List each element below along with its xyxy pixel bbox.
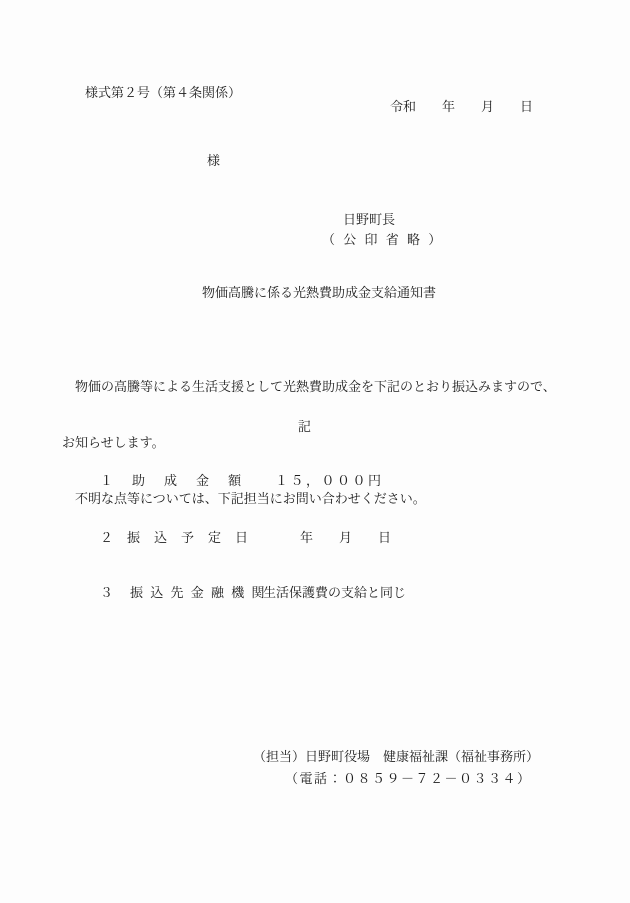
addressee-suffix: 様 [207, 152, 220, 170]
item-row-grant-amount: １ 助 成 金 額 １５，０００円 [0, 470, 630, 490]
form-number: 様式第２号（第４条関係） [85, 84, 241, 102]
item-value-transfer-bank: 生活保護費の支給と同じ [263, 582, 406, 601]
seal-omitted-note: （ 公 印 省 略 ） [322, 231, 444, 249]
notice-document-page: 様式第２号（第４条関係） 令和 年 月 日 様 日野町長 （ 公 印 省 略 ）… [0, 0, 630, 903]
item-label-grant-amount: １ 助 成 金 額 [100, 470, 244, 489]
body-line: 不明な点等については、下記担当にお問い合わせください。 [62, 490, 556, 510]
body-paragraph: 物価の高騰等による生活支援として光熱費助成金を下記のとおり振込みますので、 お知… [62, 342, 556, 546]
body-line: お知らせします。 [62, 434, 556, 454]
contact-phone-line: （電話：０８５９－７２－０３３４） [285, 770, 532, 788]
body-line: 物価の高騰等による生活支援として光熱費助成金を下記のとおり振込みますので、 [62, 378, 556, 398]
contact-department-line: （担当）日野町役場 健康福祉課（福祉事務所） [253, 748, 539, 766]
item-row-transfer-bank: ３ 振 込 先 金 融 機 関 生活保護費の支給と同じ [0, 582, 630, 602]
item-value-transfer-date: 年 月 日 [300, 527, 391, 546]
item-label-transfer-date: ２ 振 込 予 定 日 [100, 527, 249, 546]
item-row-transfer-date: ２ 振 込 予 定 日 年 月 日 [0, 527, 630, 547]
item-label-transfer-bank: ３ 振 込 先 金 融 機 関 [100, 582, 267, 601]
sender-title: 日野町長 [343, 211, 395, 229]
ki-section-marker: 記 [298, 418, 311, 436]
issue-date-line: 令和 年 月 日 [390, 98, 533, 116]
item-value-grant-amount: １５，０００円 [275, 470, 384, 489]
document-title: 物価高騰に係る光熱費助成金支給通知書 [202, 284, 436, 302]
